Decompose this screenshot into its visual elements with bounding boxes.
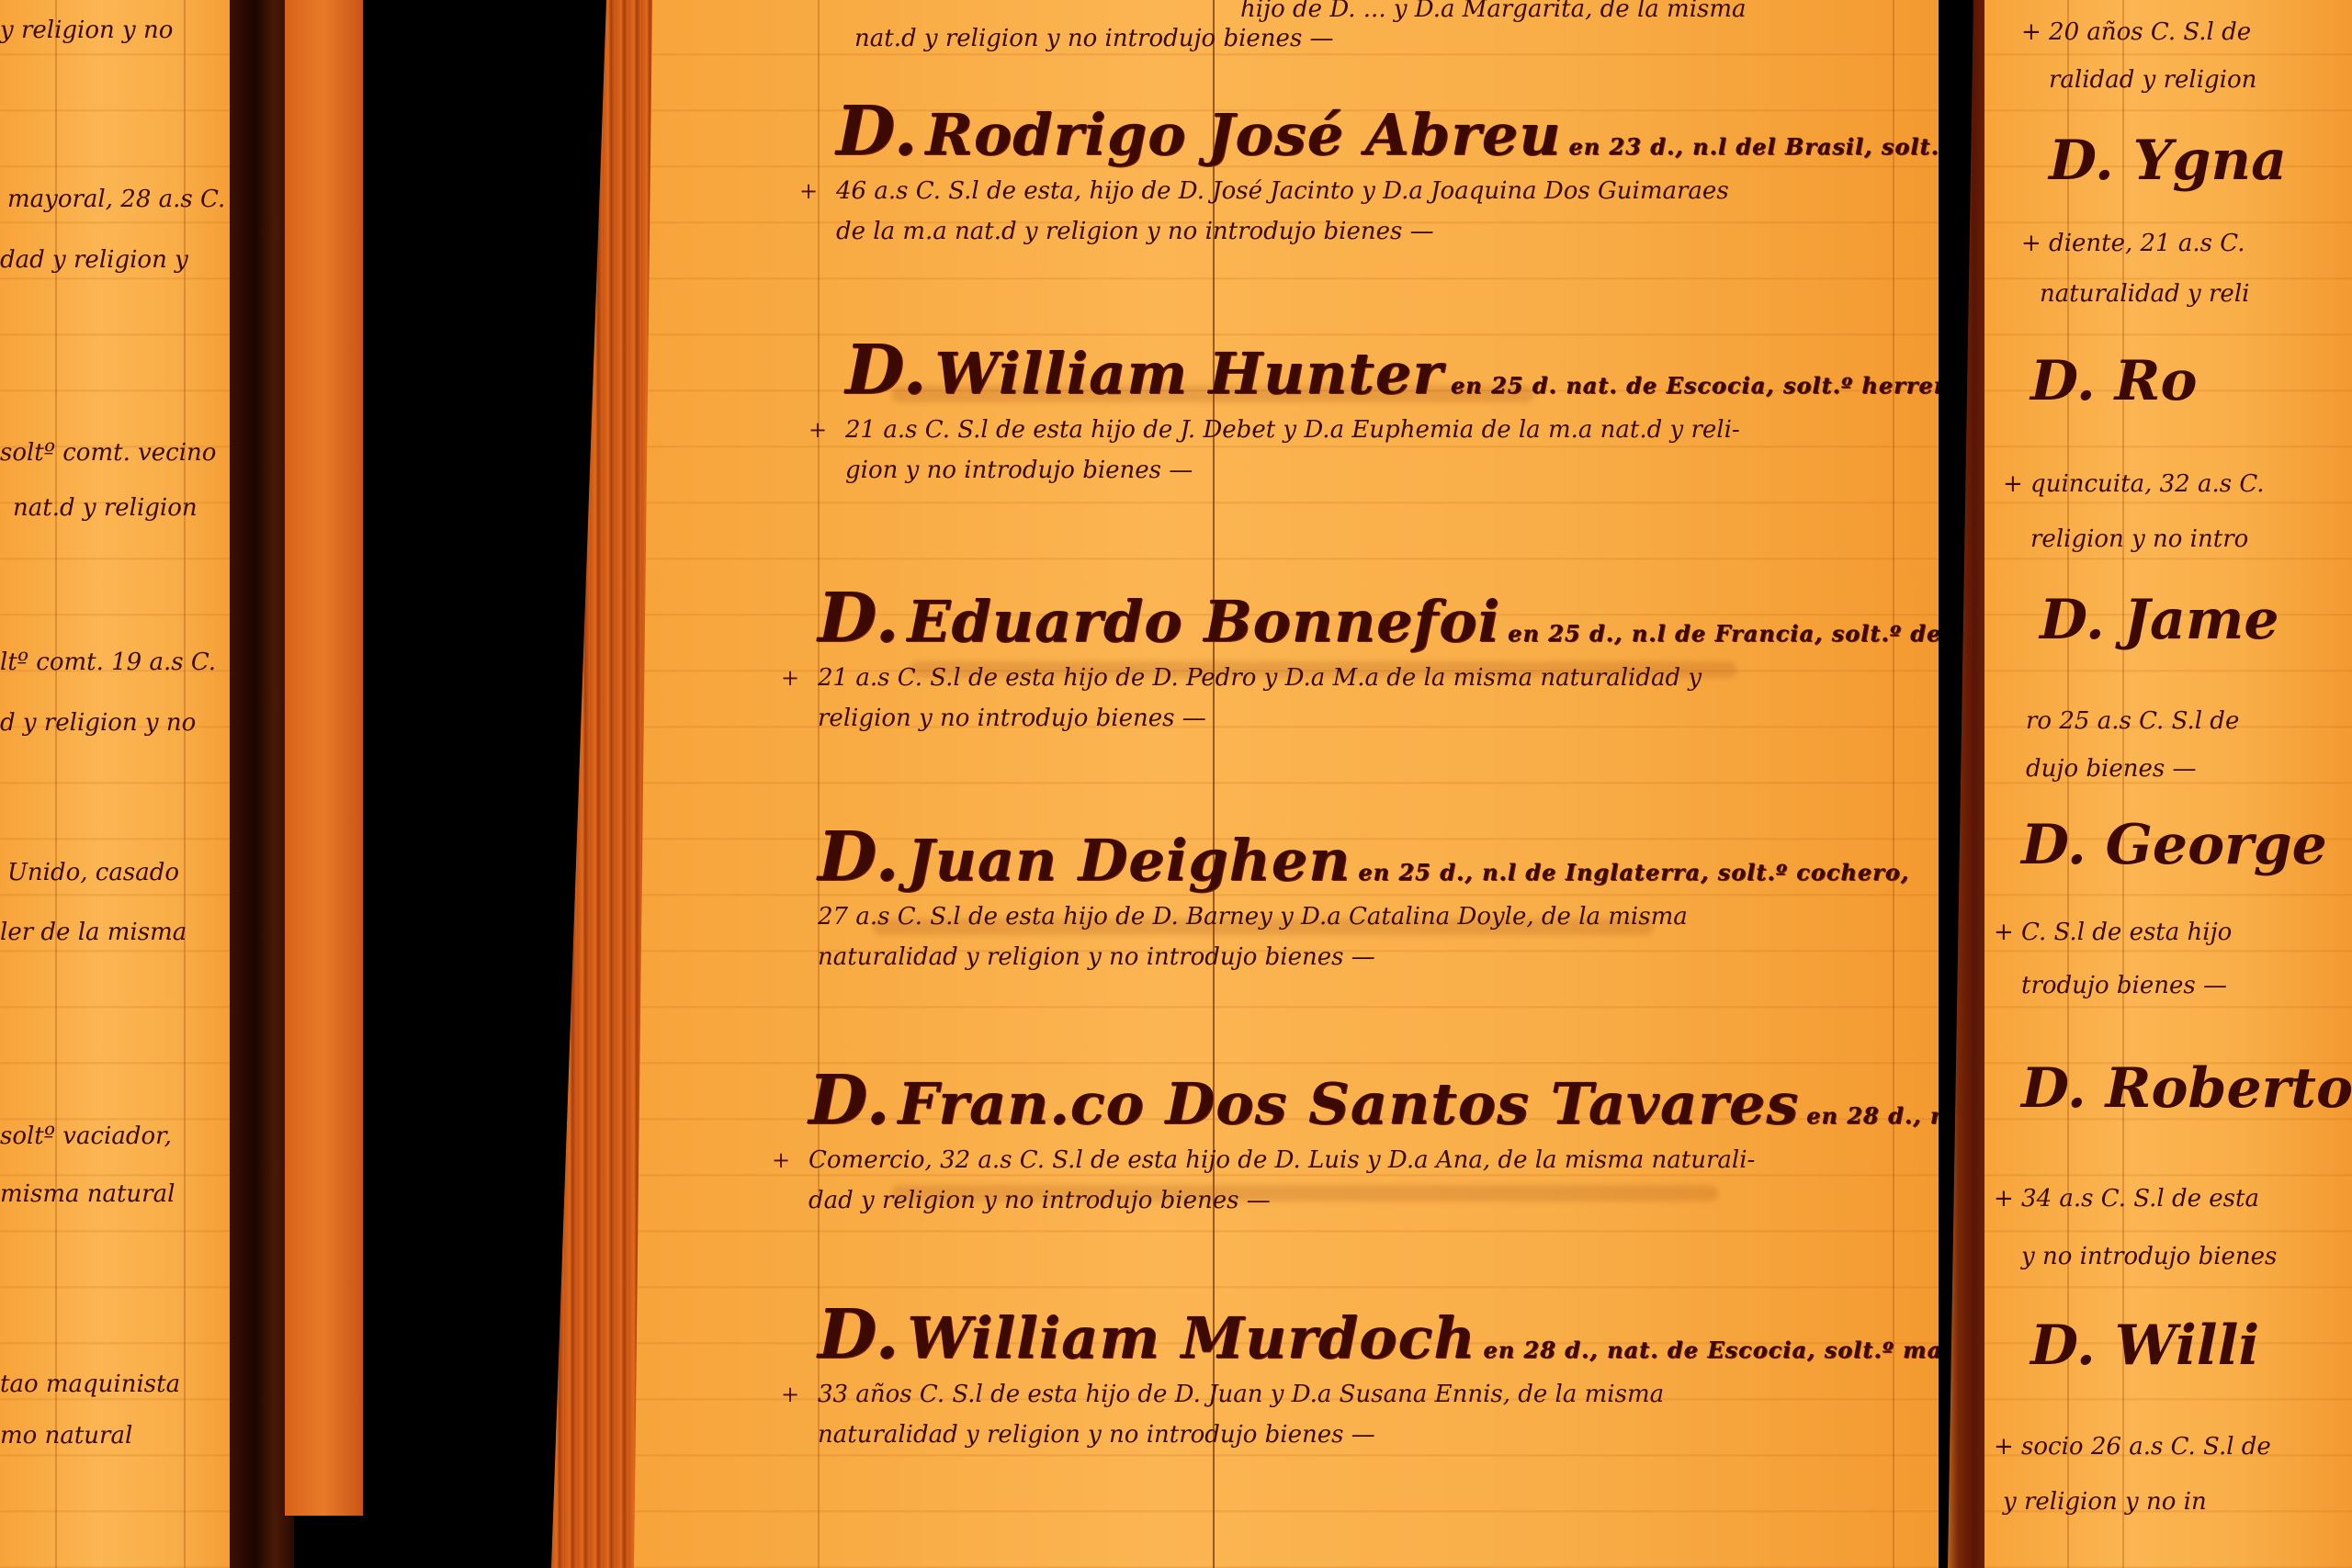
left-page-line: d y religion y no <box>0 709 196 737</box>
entry-name: D.Juan Deighenen 25 d., n.l de Inglaterr… <box>818 818 1909 897</box>
entry-detail-line: +46 a.s C. S.l de esta, hijo de D. José … <box>836 171 1939 211</box>
book-cover-board <box>285 0 363 1516</box>
left-page-line: mo natural <box>0 1422 132 1450</box>
left-page-fragment: y religion y no mayoral, 28 a.s C. dad y… <box>0 0 248 1568</box>
right-page-entry-name: D. George <box>2021 813 2327 877</box>
register-entry: D.Fran.co Dos Santos Tavaresen 28 d., na… <box>808 1061 1939 1221</box>
left-page-line: dad y religion y <box>0 246 188 274</box>
right-page-fragment: + 20 años C. S.l de ralidad y religion D… <box>1984 0 2352 1568</box>
entry-detail-line: de la m.a nat.d y religion y no introduj… <box>836 211 1939 252</box>
entry-detail-line: religion y no introdujo bienes — <box>818 698 1939 739</box>
right-page-line: + 20 años C. S.l de <box>2021 18 2251 46</box>
right-page-line: + diente, 21 a.s C. <box>2021 230 2245 257</box>
register-entry: D.William Hunteren 25 d. nat. de Escocia… <box>845 331 1939 491</box>
entry-detail-line: +21 a.s C. S.l de esta hijo de D. Pedro … <box>818 658 1939 698</box>
center-page: hijo de D. ... y D.a Margarita, de la mi… <box>634 0 1939 1568</box>
left-page-line: soltº comt. vecino <box>0 439 216 467</box>
right-page-line: naturalidad y reli <box>2040 280 2249 308</box>
right-page-line: ro 25 a.s C. S.l de <box>2026 707 2239 735</box>
register-entry: D.Eduardo Bonnefoien 25 d., n.l de Franc… <box>818 579 1939 739</box>
left-page-line: mayoral, 28 a.s C. <box>7 186 225 213</box>
right-page-line: + 34 a.s C. S.l de esta <box>1994 1185 2259 1213</box>
left-page-line: y religion y no <box>0 17 173 44</box>
right-page-line: + socio 26 a.s C. S.l de <box>1994 1433 2271 1461</box>
entry-name: D.Rodrigo José Abreuen 23 d., n.l del Br… <box>836 92 1939 171</box>
right-page-entry-name: D. Ygna <box>2049 129 2287 193</box>
entry-detail-line: dad y religion y no introdujo bienes — <box>808 1180 1939 1221</box>
entry-detail-line: gion y no introdujo bienes — <box>845 450 1939 491</box>
entry-name: D.William Hunteren 25 d. nat. de Escocia… <box>845 331 1939 410</box>
right-page-line: + quincuita, 32 a.s C. <box>2003 470 2265 498</box>
right-page-line: trodujo bienes — <box>2021 972 2227 999</box>
ruled-margin-line <box>184 0 186 1568</box>
ruled-margin-line <box>55 0 57 1568</box>
entry-name: D.Eduardo Bonnefoien 25 d., n.l de Franc… <box>818 579 1939 658</box>
shadow-gap <box>363 0 593 1568</box>
entry-detail-line: +21 a.s C. S.l de esta hijo de J. Debet … <box>845 410 1939 450</box>
register-entry: D.Rodrigo José Abreuen 23 d., n.l del Br… <box>836 92 1939 252</box>
register-entry: D.William Murdochen 28 d., nat. de Escoc… <box>818 1295 1939 1455</box>
right-page-line: religion y no intro <box>2030 525 2248 553</box>
entry-detail-line: +Comercio, 32 a.s C. S.l de esta hijo de… <box>808 1140 1939 1180</box>
right-page-entry-name: D. Jame <box>2040 588 2279 652</box>
left-page-line: misma natural <box>0 1180 175 1208</box>
entry-name: D.William Murdochen 28 d., nat. de Escoc… <box>818 1295 1939 1374</box>
right-page-entry-name: D. Roberto <box>2021 1056 2352 1121</box>
right-page-line: dujo bienes — <box>2026 755 2196 783</box>
entry-detail-line: 27 a.s C. S.l de esta hijo de D. Barney … <box>818 897 1909 937</box>
left-page-line: ltº comt. 19 a.s C. <box>0 649 216 676</box>
left-page-line: Unido, casado <box>7 859 179 886</box>
entry-detail-line: naturalidad y religion y no introdujo bi… <box>818 1415 1939 1455</box>
left-page-line: ler de la misma <box>0 919 187 946</box>
right-page-entry-name: D. Willi <box>2030 1314 2259 1378</box>
right-page-line: ralidad y religion <box>2049 66 2256 94</box>
right-page-line: + C. S.l de esta hijo <box>1994 919 2232 946</box>
right-page-line: y religion y no in <box>2003 1488 2207 1516</box>
entry-detail-line: naturalidad y religion y no introdujo bi… <box>818 937 1909 977</box>
left-page-line: tao maquinista <box>0 1371 180 1398</box>
left-page-line: nat.d y religion <box>13 494 198 522</box>
right-page-entry-name: D. Ro <box>2030 349 2198 413</box>
entry-continuation: hijo de D. ... y D.a Margarita, de la mi… <box>854 0 1747 59</box>
entry-detail-line: +33 años C. S.l de esta hijo de D. Juan … <box>818 1374 1939 1415</box>
left-page-line: soltº vaciador, <box>0 1122 172 1150</box>
right-page-line: y no introdujo bienes <box>2021 1243 2277 1270</box>
entry-name: D.Fran.co Dos Santos Tavaresen 28 d., na… <box>808 1061 1939 1140</box>
register-entry: D.Juan Deighenen 25 d., n.l de Inglaterr… <box>818 818 1909 977</box>
